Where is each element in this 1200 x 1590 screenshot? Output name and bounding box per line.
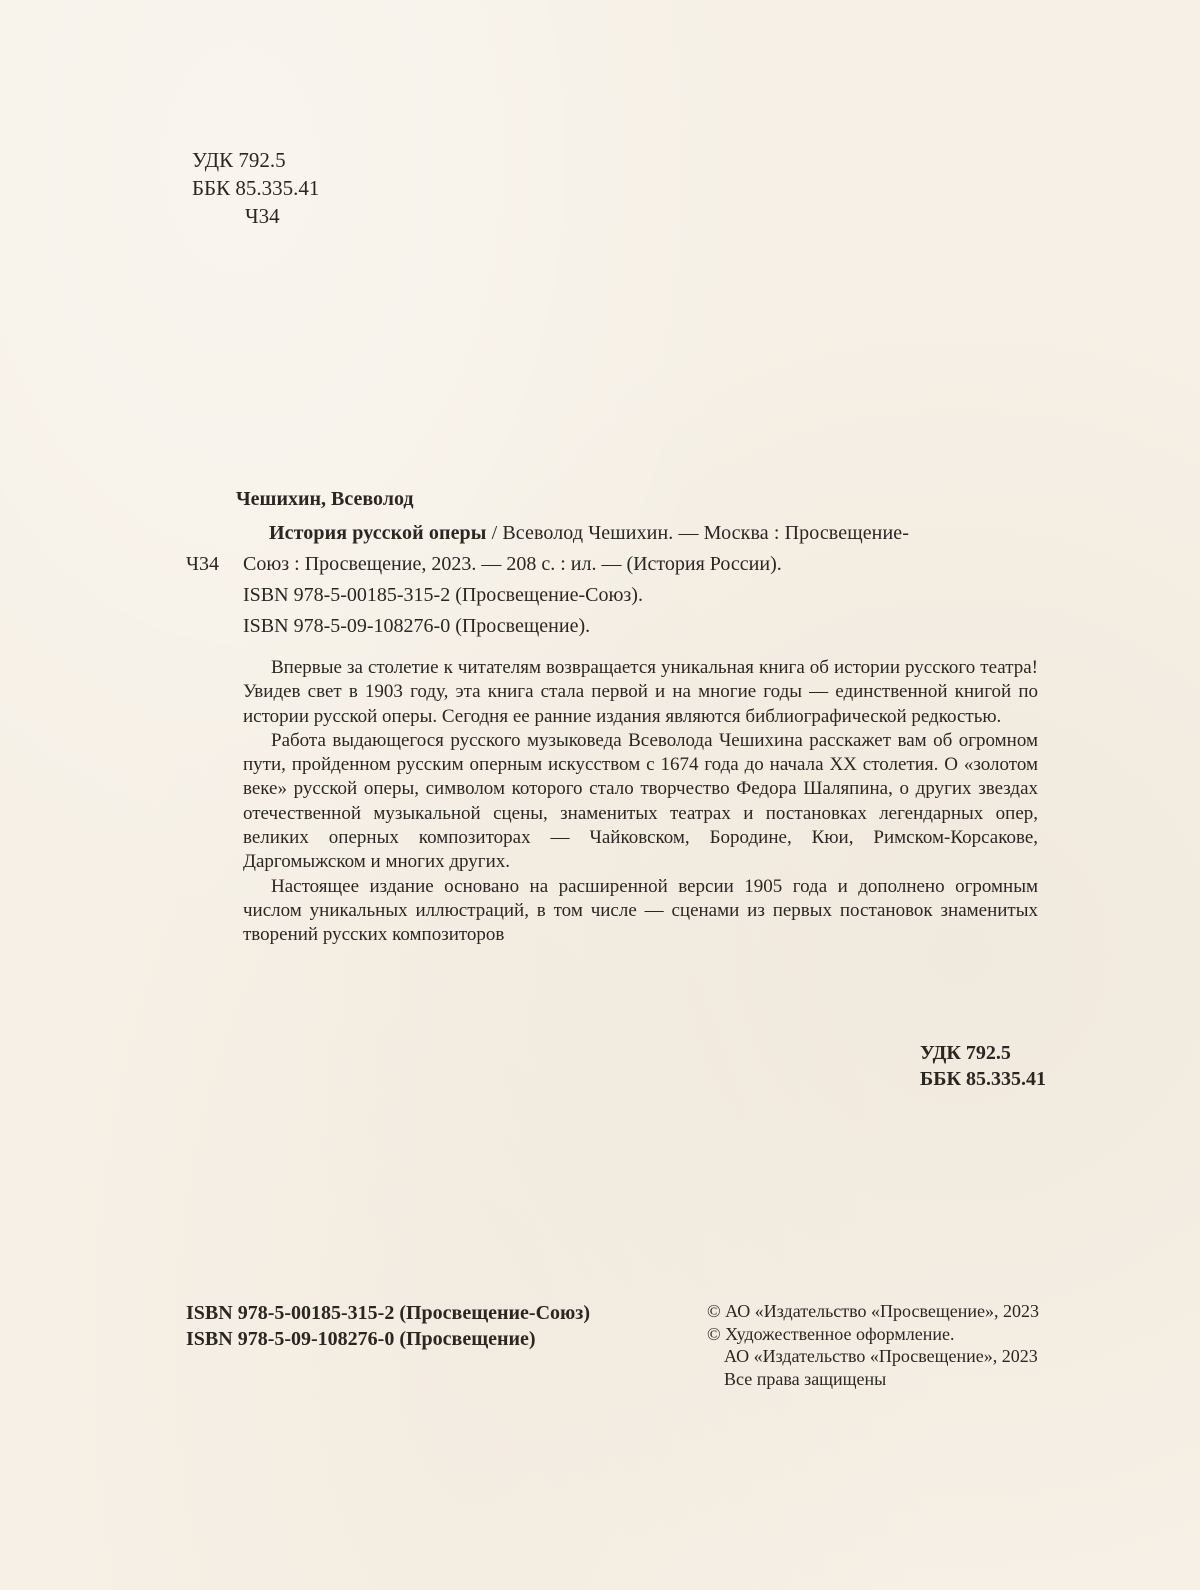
book-title: История русской оперы xyxy=(269,522,486,544)
isbn-line-2: ISBN 978-5-09-108276-0 (Просвещение). xyxy=(186,611,1046,642)
bottom-classification-codes: УДК 792.5 ББК 85.335.41 xyxy=(920,1040,1046,1092)
record-line-1: История русской оперы / Всеволод Чешихин… xyxy=(186,518,1046,549)
annotation-paragraph: Настоящее издание основано на расширенно… xyxy=(243,875,1038,948)
annotation: Впервые за столетие к читателям возвраща… xyxy=(243,656,1038,948)
side-author-mark: Ч34 xyxy=(186,549,243,580)
copyright-line-1: © АО «Издательство «Просвещение», 2023 xyxy=(707,1300,1039,1323)
bottom-isbn-block: ISBN 978-5-00185-315-2 (Просвещение-Союз… xyxy=(186,1300,590,1352)
isbn-bottom-1: ISBN 978-5-00185-315-2 (Просвещение-Союз… xyxy=(186,1300,590,1326)
copyright-line-2: © Художественное оформление. xyxy=(707,1323,1039,1346)
top-classification-codes: УДК 792.5 ББК 85.335.41 Ч34 xyxy=(192,146,319,230)
publication-details: Союз : Просвещение, 2023. — 208 с. : ил.… xyxy=(243,553,782,575)
annotation-paragraph: Работа выдающегося русского музыковеда В… xyxy=(243,729,1038,875)
bbk-code-bottom: ББК 85.335.41 xyxy=(920,1066,1046,1092)
record-line-2: Ч34Союз : Просвещение, 2023. — 208 с. : … xyxy=(186,549,1046,580)
udk-code: УДК 792.5 xyxy=(192,146,319,174)
copyright-line-4: Все права защищены xyxy=(707,1368,1039,1391)
copyright-block: © АО «Издательство «Просвещение», 2023 ©… xyxy=(707,1300,1039,1390)
bbk-code: ББК 85.335.41 xyxy=(192,174,319,202)
author-heading: Чешихин, Всеволод xyxy=(236,488,414,511)
copyright-line-3: АО «Издательство «Просвещение», 2023 xyxy=(707,1345,1039,1368)
author-mark: Ч34 xyxy=(192,202,319,230)
isbn-line-1: ISBN 978-5-00185-315-2 (Просвещение-Союз… xyxy=(186,580,1046,611)
record-line-1-rest: / Всеволод Чешихин. — Москва : Просвещен… xyxy=(486,522,909,544)
isbn-bottom-2: ISBN 978-5-09-108276-0 (Просвещение) xyxy=(186,1326,590,1352)
annotation-paragraph: Впервые за столетие к читателям возвраща… xyxy=(243,656,1038,729)
udk-code-bottom: УДК 792.5 xyxy=(920,1040,1046,1066)
bibliographic-record: История русской оперы / Всеволод Чешихин… xyxy=(186,518,1046,642)
